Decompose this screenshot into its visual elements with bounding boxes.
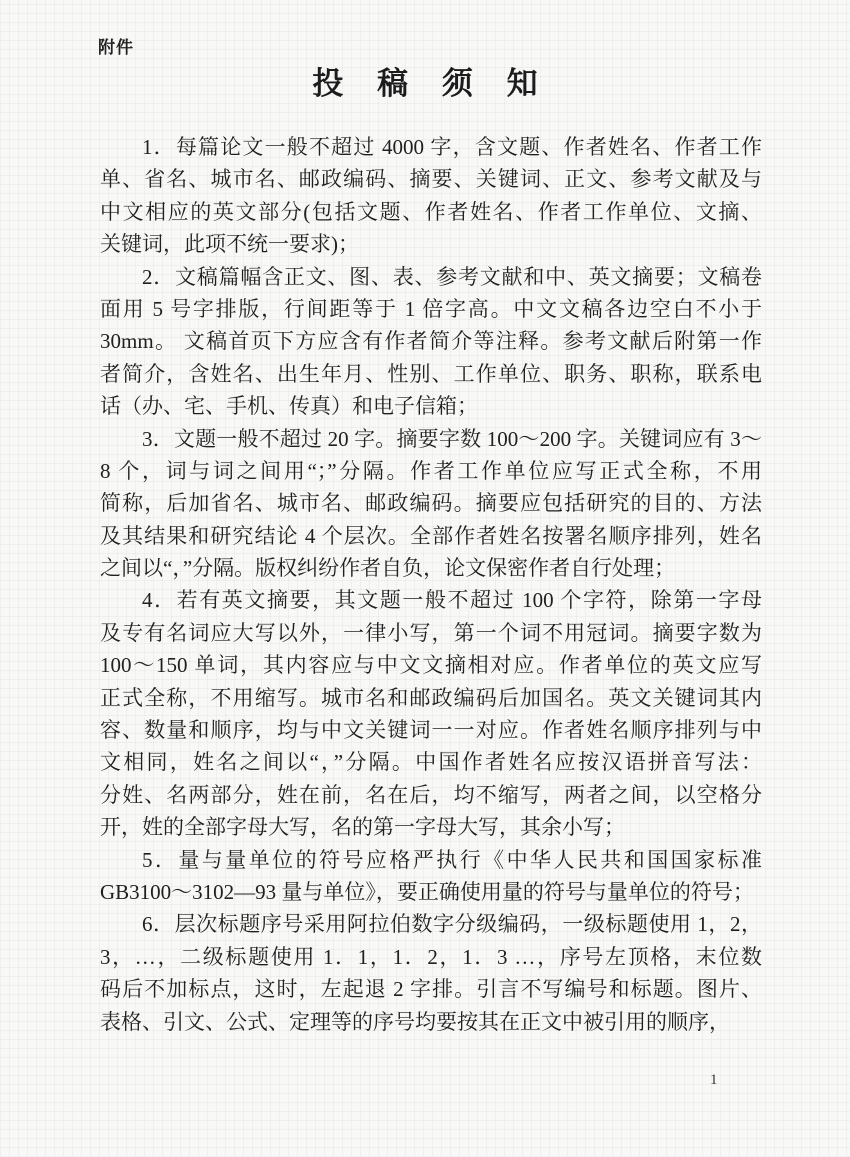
text-line: GB3100～3102—93 量与单位》，要正确使用量的符号与量单位的符号；: [100, 876, 762, 908]
text-line: 30mm。 文稿首页下方应含有作者简介等注释。参考文献后附第一作: [100, 325, 762, 357]
paragraph-4: 4．若有英文摘要，其文题一般不超过 100 个字符，除第一字母 及专有名词应大写…: [100, 584, 762, 843]
text-line: 正式全称，不用缩写。城市名和邮政编码后加国名。英文关键词其内: [100, 682, 762, 714]
text-line: 话（办、宅、手机、传真）和电子信箱；: [100, 390, 762, 422]
text-line: 8 个，词与词之间用“；”分隔。作者工作单位应写正式全称，不用: [100, 455, 762, 487]
text-line: 4．若有英文摘要，其文题一般不超过 100 个字符，除第一字母: [100, 584, 762, 616]
attachment-label: 附件: [98, 33, 134, 58]
paragraph-1: 1．每篇论文一般不超过 4000 字，含文题、作者姓名、作者工作 单、省名、城市…: [100, 131, 762, 261]
text-line: 3，…，二级标题使用 1．1，1．2，1．3 …，序号左顶格，末位数: [100, 941, 762, 973]
text-line: 及专有名词应大写以外，一律小写，第一个词不用冠词。摘要字数为: [100, 617, 762, 649]
paragraph-3: 3．文题一般不超过 20 字。摘要字数 100～200 字。关键词应有 3～ 8…: [100, 423, 762, 585]
text-line: 容、数量和顺序，均与中文关键词一一对应。作者姓名顺序排列与中: [100, 714, 762, 746]
text-line: 1．每篇论文一般不超过 4000 字，含文题、作者姓名、作者工作: [100, 131, 762, 163]
paragraph-2: 2．文稿篇幅含正文、图、表、参考文献和中、英文摘要；文稿卷 面用 5 号字排版，…: [100, 261, 762, 423]
text-line: 6．层次标题序号采用阿拉伯数字分级编码，一级标题使用 1，2，: [100, 908, 762, 940]
text-line: 码后不加标点，这时，左起退 2 字排。引言不写编号和标题。图片、: [100, 973, 762, 1005]
text-line: 表格、引文、公式、定理等的序号均要按其在正文中被引用的顺序，: [100, 1006, 762, 1038]
paragraph-5: 5．量与量单位的符号应格严执行《中华人民共和国国家标准 GB3100～3102—…: [100, 844, 762, 909]
text-line: 3．文题一般不超过 20 字。摘要字数 100～200 字。关键词应有 3～: [100, 423, 762, 455]
document-body: 1．每篇论文一般不超过 4000 字，含文题、作者姓名、作者工作 单、省名、城市…: [100, 131, 762, 1038]
text-line: 简称，后加省名、城市名、邮政编码。摘要应包括研究的目的、方法: [100, 487, 762, 519]
text-line: 关键词，此项不统一要求)；: [100, 228, 762, 260]
page-number: 1: [710, 1072, 718, 1089]
text-line: 2．文稿篇幅含正文、图、表、参考文献和中、英文摘要；文稿卷: [100, 261, 762, 293]
text-line: 单、省名、城市名、邮政编码、摘要、关键词、正文、参考文献及与: [100, 163, 762, 195]
text-line: 及其结果和研究结论 4 个层次。全部作者姓名按署名顺序排列，姓名: [100, 520, 762, 552]
text-line: 5．量与量单位的符号应格严执行《中华人民共和国国家标准: [100, 844, 762, 876]
paragraph-6: 6．层次标题序号采用阿拉伯数字分级编码，一级标题使用 1，2， 3，…，二级标题…: [100, 908, 762, 1038]
text-line: 面用 5 号字排版，行间距等于 1 倍字高。中文文稿各边空白不小于: [100, 293, 762, 325]
text-line: 中文相应的英文部分(包括文题、作者姓名、作者工作单位、文摘、: [100, 196, 762, 228]
text-line: 开，姓的全部字母大写，名的第一字母大写，其余小写；: [100, 811, 762, 843]
page-title: 投 稿 须 知: [0, 58, 850, 103]
text-line: 文相同，姓名之间以“，”分隔。中国作者姓名应按汉语拼音写法：: [100, 746, 762, 778]
text-line: 者简介，含姓名、出生年月、性别、工作单位、职务、职称，联系电: [100, 358, 762, 390]
text-line: 分姓、名两部分，姓在前，名在后，均不缩写，两者之间，以空格分: [100, 779, 762, 811]
text-line: 100～150 单词，其内容应与中文文摘相对应。作者单位的英文应写: [100, 649, 762, 681]
document-page: 附件 投 稿 须 知 1．每篇论文一般不超过 4000 字，含文题、作者姓名、作…: [0, 0, 850, 1157]
text-line: 之间以“，”分隔。版权纠纷作者自负，论文保密作者自行处理；: [100, 552, 762, 584]
